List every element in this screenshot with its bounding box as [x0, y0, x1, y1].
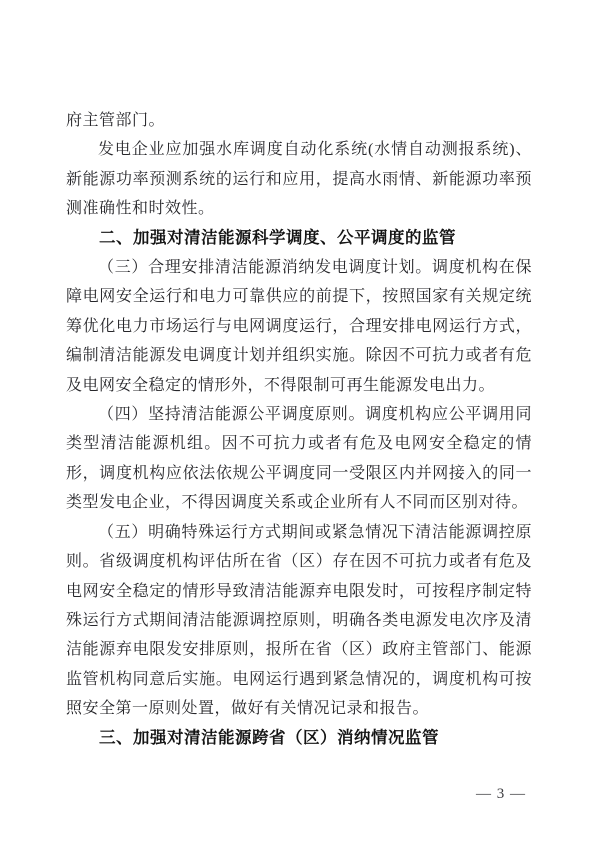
text-line: 测准确性和时效性。 — [66, 194, 532, 223]
text-line: 编制清洁能源发电调度计划并组织实施。除因不可抗力或者有危 — [66, 341, 532, 370]
document-page: 府主管部门。发电企业应加强水库调度自动化系统(水情自动测报系统)、新能源功率预测… — [0, 0, 600, 848]
text-line: 筹优化电力市场运行与电网调度运行，合理安排电网运行方式， — [66, 312, 532, 341]
text-line: 照安全第一原则处置，做好有关情况记录和报告。 — [66, 694, 532, 723]
text-line: （四）坚持清洁能源公平调度原则。调度机构应公平调用同 — [66, 400, 532, 429]
text-line: 类型发电企业，不得因调度关系或企业所有人不同而区别对待。 — [66, 488, 532, 517]
page-number: — 3 — — [476, 786, 526, 803]
text-line: （五）明确特殊运行方式期间或紧急情况下清洁能源调控原 — [66, 518, 532, 547]
section-heading: 三、加强对清洁能源跨省（区）消纳情况监管 — [66, 724, 532, 753]
text-line: 类型清洁能源机组。因不可抗力或者有危及电网安全稳定的情 — [66, 429, 532, 458]
text-line: 新能源功率预测系统的运行和应用，提高水雨情、新能源功率预 — [66, 165, 532, 194]
text-line: 电网安全稳定的情形导致清洁能源弃电限发时，可按程序制定特 — [66, 577, 532, 606]
text-line: 发电企业应加强水库调度自动化系统(水情自动测报系统)、 — [66, 135, 532, 164]
text-line: 府主管部门。 — [66, 106, 532, 135]
text-line: （三）合理安排清洁能源消纳发电调度计划。调度机构在保 — [66, 253, 532, 282]
text-line: 殊运行方式期间清洁能源调控原则，明确各类电源发电次序及清 — [66, 606, 532, 635]
text-line: 障电网安全运行和电力可靠供应的前提下，按照国家有关规定统 — [66, 282, 532, 311]
section-heading: 二、加强对清洁能源科学调度、公平调度的监管 — [66, 224, 532, 253]
text-line: 监管机构同意后实施。电网运行遇到紧急情况的，调度机构可按 — [66, 665, 532, 694]
text-line: 及电网安全稳定的情形外，不得限制可再生能源发电出力。 — [66, 371, 532, 400]
text-line: 形，调度机构应依法依规公平调度同一受限区内并网接入的同一 — [66, 459, 532, 488]
document-body: 府主管部门。发电企业应加强水库调度自动化系统(水情自动测报系统)、新能源功率预测… — [66, 106, 532, 753]
text-line: 洁能源弃电限发安排原则，报所在省（区）政府主管部门、能源 — [66, 635, 532, 664]
text-line: 则。省级调度机构评估所在省（区）存在因不可抗力或者有危及 — [66, 547, 532, 576]
